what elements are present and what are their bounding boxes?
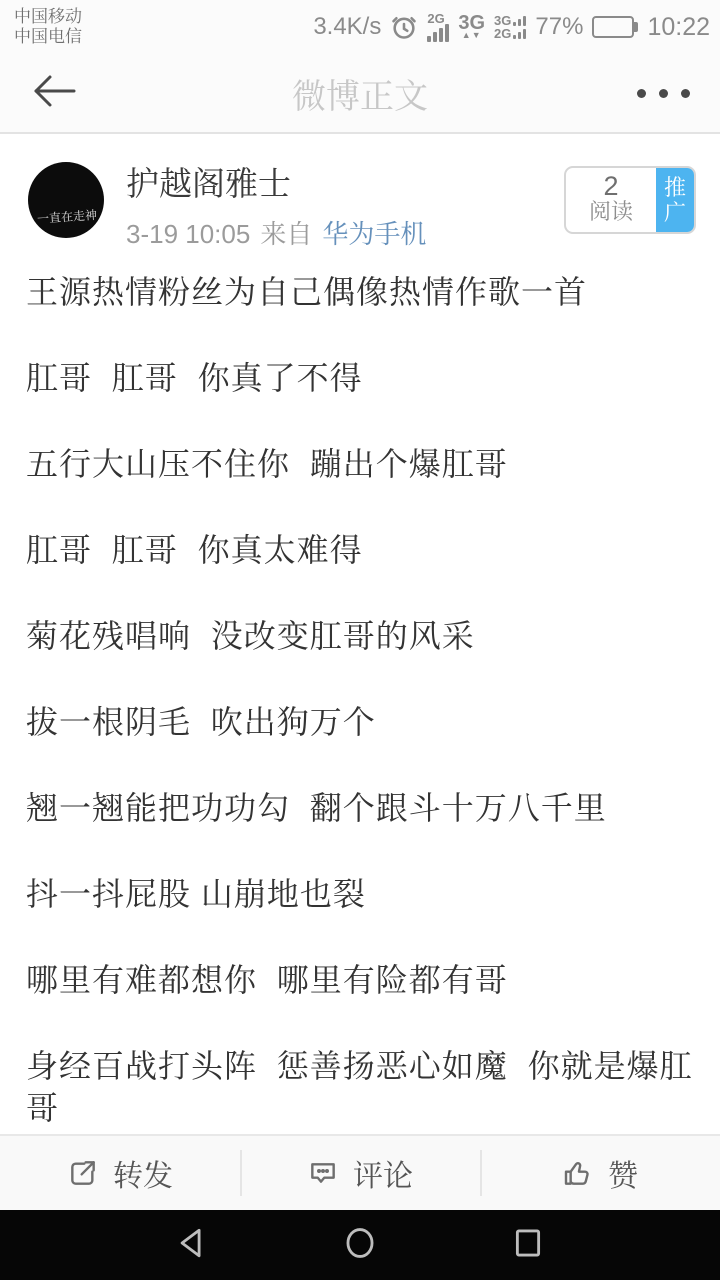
read-count-label: 阅读 — [589, 199, 633, 225]
clock-time: 10:22 — [647, 13, 710, 42]
battery-percent: 77% — [535, 13, 583, 41]
network-type-icon: 3G ▲▼ — [458, 15, 485, 39]
post-paragraph: 翘一翘能把功功勾 翻个跟斗十万八千里 — [26, 787, 694, 829]
comment-label: 评论 — [353, 1151, 413, 1195]
nav-bar: 微博正文 — [0, 54, 720, 134]
dot-icon — [659, 89, 668, 98]
post-body: 王源热情粉丝为自己偶像热情作歌一首 肛哥 肛哥 你真了不得 五行大山压不住你 蹦… — [0, 251, 720, 1129]
repost-icon — [67, 1157, 99, 1189]
page-title: 微博正文 — [0, 69, 720, 118]
comment-icon — [307, 1157, 339, 1189]
post-scroll-area[interactable]: 一直在走神 护越阁雅士 3-19 10:05 来自 华为手机 2 阅读 推 广 — [0, 134, 720, 1134]
post-paragraph: 肛哥 肛哥 你真太难得 — [26, 529, 694, 571]
dot-icon — [681, 89, 690, 98]
post-header: 一直在走神 护越阁雅士 3-19 10:05 来自 华为手机 2 阅读 推 广 — [0, 134, 720, 251]
comment-button[interactable]: 评论 — [240, 1136, 480, 1210]
carrier-labels: 中国移动 中国电信 — [14, 7, 82, 47]
post-paragraph: 抖一抖屁股 山崩地也裂 — [26, 873, 694, 915]
post-meta: 3-19 10:05 来自 华为手机 — [126, 214, 564, 251]
home-circle-icon — [343, 1226, 377, 1265]
repost-label: 转发 — [113, 1151, 173, 1195]
read-count: 2 阅读 — [566, 168, 656, 232]
read-count-number: 2 — [603, 173, 618, 199]
back-button[interactable] — [28, 69, 84, 117]
android-back-button[interactable] — [170, 1223, 214, 1267]
android-navigation-bar — [0, 1210, 720, 1280]
battery-icon — [592, 16, 638, 38]
avatar-text: 一直在走神 — [29, 205, 104, 227]
network-speed: 3.4K/s — [313, 13, 381, 41]
back-triangle-icon — [175, 1226, 209, 1265]
recents-square-icon — [511, 1226, 545, 1265]
android-home-button[interactable] — [338, 1223, 382, 1267]
like-label: 赞 — [608, 1151, 638, 1195]
action-bar: 转发 评论 赞 — [0, 1134, 720, 1210]
carrier-1: 中国移动 — [14, 7, 82, 27]
signal-strength-icon: 2G — [427, 13, 449, 42]
back-arrow-icon — [28, 71, 80, 116]
thumbs-up-icon — [562, 1157, 594, 1189]
post-paragraph: 王源热情粉丝为自己偶像热情作歌一首 — [26, 271, 694, 313]
dual-sim-signal-icon: 3G 2G — [494, 15, 526, 39]
dot-icon — [637, 89, 646, 98]
repost-button[interactable]: 转发 — [0, 1136, 240, 1210]
post-paragraph: 肛哥 肛哥 你真了不得 — [26, 357, 694, 399]
avatar[interactable]: 一直在走神 — [28, 162, 104, 238]
post-paragraph: 菊花残唱响 没改变肛哥的风采 — [26, 615, 694, 657]
username[interactable]: 护越阁雅士 — [126, 162, 564, 206]
android-recents-button[interactable] — [506, 1223, 550, 1267]
carrier-2: 中国电信 — [14, 27, 82, 47]
more-options-button[interactable] — [635, 79, 692, 108]
source-prefix: 来自 — [260, 214, 312, 251]
read-count-box[interactable]: 2 阅读 推 广 — [564, 166, 696, 234]
alarm-icon — [390, 13, 418, 41]
phone-screen: 中国移动 中国电信 3.4K/s 2G 3G ▲▼ — [0, 0, 720, 1280]
source-link[interactable]: 华为手机 — [322, 214, 426, 251]
like-button[interactable]: 赞 — [480, 1136, 720, 1210]
post-paragraph: 五行大山压不住你 蹦出个爆肛哥 — [26, 443, 694, 485]
status-bar: 中国移动 中国电信 3.4K/s 2G 3G ▲▼ — [0, 0, 720, 54]
post-paragraph: 拔一根阴毛 吹出狗万个 — [26, 701, 694, 743]
post-timestamp: 3-19 10:05 — [126, 219, 250, 250]
post-paragraph: 身经百战打头阵 惩善扬恶心如魔 你就是爆肛哥 — [26, 1045, 694, 1129]
promote-button[interactable]: 推 广 — [656, 168, 694, 232]
post-paragraph: 哪里有难都想你 哪里有险都有哥 — [26, 959, 694, 1001]
